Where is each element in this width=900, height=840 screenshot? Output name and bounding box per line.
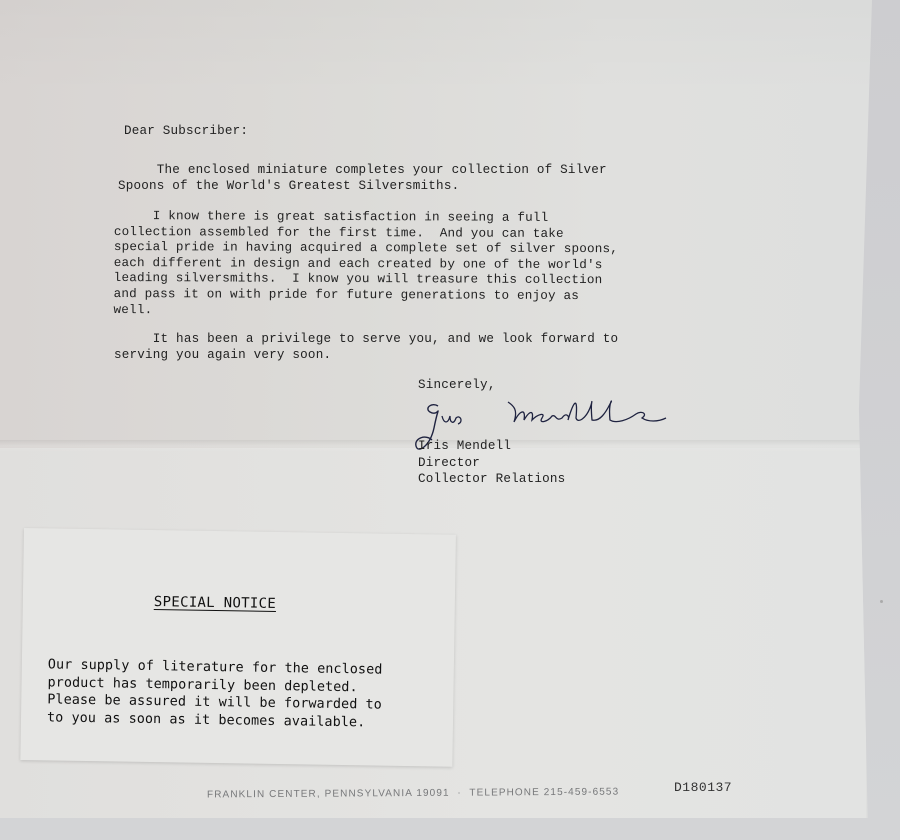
letter-paragraph-1: The enclosed miniature completes your co… [118, 163, 607, 194]
signer-name: Iris Mendell [418, 439, 511, 453]
signer-block: Iris Mendell Director Collector Relation… [418, 438, 565, 488]
special-notice-card: SPECIAL NOTICE Our supply of literature … [20, 528, 456, 767]
signer-department: Collector Relations [418, 472, 565, 486]
document-code: D180137 [674, 780, 732, 795]
notice-body: Our supply of literature for the enclose… [47, 656, 383, 731]
paper-fold-top [0, 0, 872, 95]
letter-greeting: Dear Subscriber: [124, 124, 248, 140]
signer-title: Director [418, 456, 480, 470]
letter-paragraph-3: It has been a privilege to serve you, an… [114, 332, 618, 363]
letter-paragraph-2: I know there is great satisfaction in se… [114, 209, 619, 320]
notice-title: SPECIAL NOTICE [154, 594, 276, 612]
paper-speck [880, 600, 883, 603]
